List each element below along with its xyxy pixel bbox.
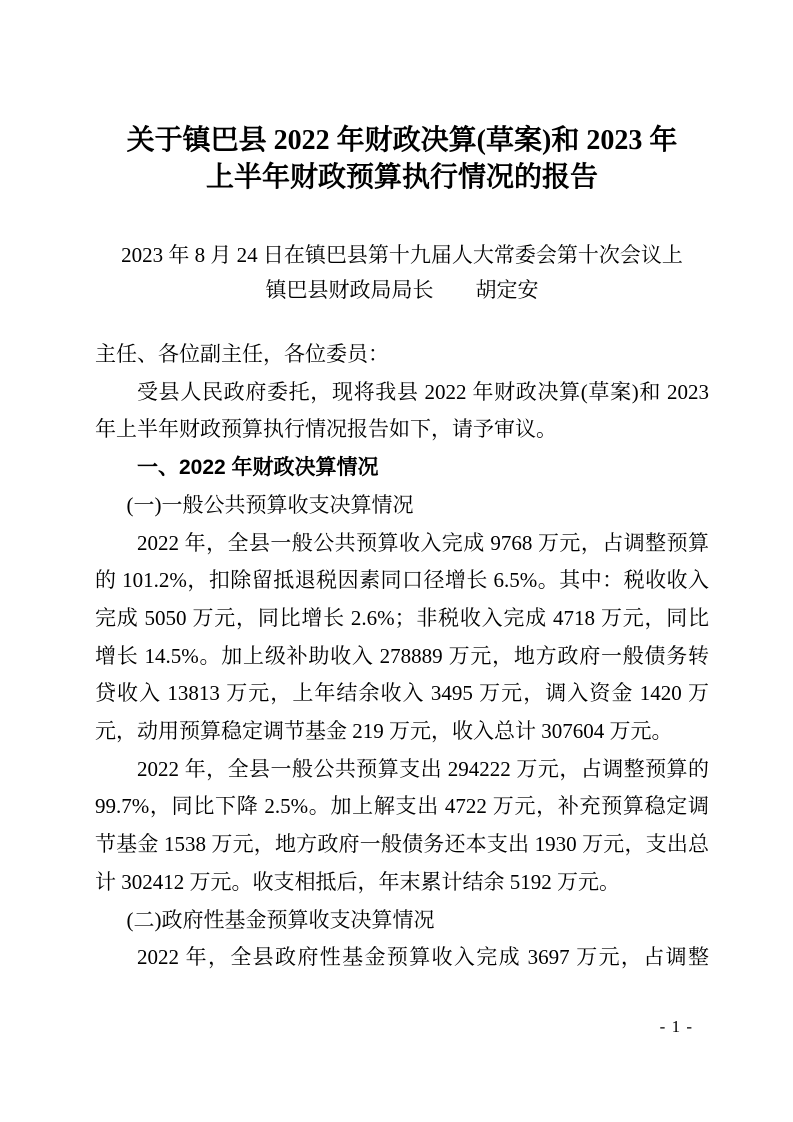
intro-paragraph: 受县人民政府委托，现将我县 2022 年财政决算(草案)和 2023 年上半年财…	[95, 374, 709, 449]
subsection-heading-1-1: (一)一般公共预算收支决算情况	[95, 487, 709, 525]
fund-budget-paragraph: 2022 年，全县政府性基金预算收入完成 3697 万元，占调整	[95, 939, 709, 977]
meeting-info-line: 2023 年 8 月 24 日在镇巴县第十九届人大常委会第十次会议上	[95, 238, 709, 273]
revenue-paragraph: 2022 年，全县一般公共预算收入完成 9768 万元，占调整预算的 101.2…	[95, 525, 709, 751]
report-title-line-2: 上半年财政预算执行情况的报告	[95, 159, 709, 196]
subsection-heading-1-2: (二)政府性基金预算收支决算情况	[95, 902, 709, 940]
report-meta: 2023 年 8 月 24 日在镇巴县第十九届人大常委会第十次会议上 镇巴县财政…	[95, 238, 709, 308]
document-content: 关于镇巴县 2022 年财政决算(草案)和 2023 年 上半年财政预算执行情况…	[95, 122, 709, 977]
salutation: 主任、各位副主任，各位委员：	[95, 336, 709, 374]
section-heading-1: 一、2022 年财政决算情况	[95, 449, 709, 487]
presenter-info-line: 镇巴县财政局局长 胡定安	[95, 273, 709, 308]
report-title: 关于镇巴县 2022 年财政决算(草案)和 2023 年 上半年财政预算执行情况…	[95, 122, 709, 196]
report-body: 主任、各位副主任，各位委员： 受县人民政府委托，现将我县 2022 年财政决算(…	[95, 336, 709, 977]
expenditure-paragraph: 2022 年，全县一般公共预算支出 294222 万元，占调整预算的 99.7%…	[95, 751, 709, 902]
page-number: - 1 -	[660, 1016, 693, 1038]
document-page: 关于镇巴县 2022 年财政决算(草案)和 2023 年 上半年财政预算执行情况…	[0, 0, 793, 1122]
report-title-line-1: 关于镇巴县 2022 年财政决算(草案)和 2023 年	[95, 122, 709, 159]
